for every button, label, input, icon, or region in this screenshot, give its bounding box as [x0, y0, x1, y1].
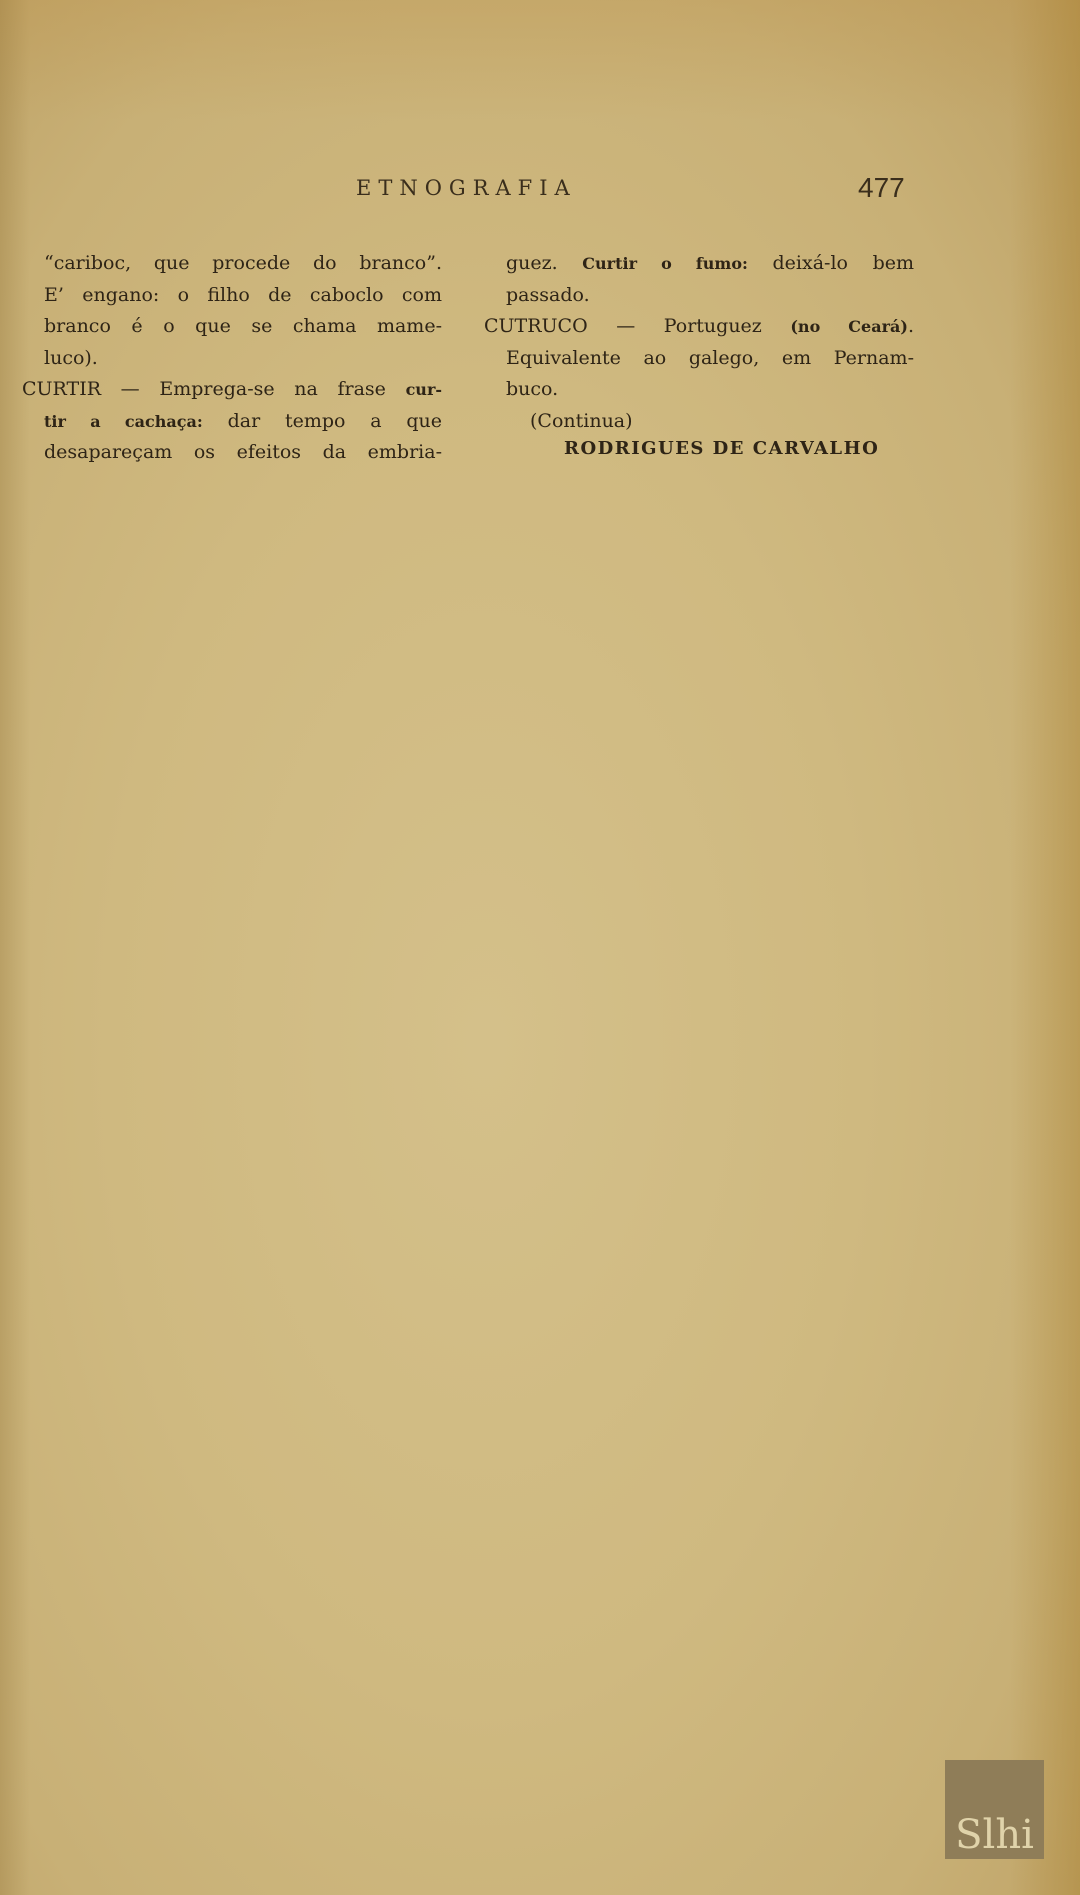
entry-curtir-line: CURTIR — Emprega-se na frase cur-: [22, 374, 442, 406]
entry-text: Emprega-se na frase: [159, 378, 386, 400]
entry-text: deixá-lo bem: [773, 252, 914, 274]
right-column: guez. Curtir o fumo: deixá-lo bem passad…: [484, 248, 914, 437]
text-line: desapareçam os efeitos da embria-: [22, 437, 442, 469]
paper-edge-right: [1010, 0, 1080, 1895]
entry-headword: CUTRUCO: [484, 315, 588, 337]
entry-term-bold: (no Ceará): [790, 317, 908, 336]
entry-text: dar tempo a que: [228, 410, 442, 432]
text-line: E’ engano: o filho de caboclo com: [22, 280, 442, 312]
text-line: “cariboc, que procede do branco”.: [22, 248, 442, 280]
text-fragment: guez.: [506, 252, 558, 274]
text-line: passado.: [484, 280, 914, 312]
paper-edge-top: [0, 0, 1080, 120]
page-number: 477: [858, 172, 905, 204]
running-title: ETNOGRAFIA: [356, 176, 577, 200]
continua-note: (Continua): [484, 406, 914, 438]
period: .: [908, 315, 914, 337]
text-line: guez. Curtir o fumo: deixá-lo bem: [484, 248, 914, 280]
text-line: branco é o que se chama mame-: [22, 311, 442, 343]
entry-term-bold: cur-: [406, 380, 442, 399]
text-line: luco).: [22, 343, 442, 375]
left-column: “cariboc, que procede do branco”. E’ eng…: [22, 248, 442, 469]
logo-text: Slhi: [955, 1815, 1034, 1859]
entry-cutruco-line: CUTRUCO — Portuguez (no Ceará).: [484, 311, 914, 343]
entry-term-bold: Curtir o fumo:: [582, 254, 748, 273]
em-dash: —: [121, 378, 140, 400]
institution-logo-icon: Slhi: [945, 1760, 1044, 1859]
entry-term-bold: tir a cachaça:: [44, 412, 203, 431]
entry-text: Portuguez: [664, 315, 762, 337]
entry-headword: CURTIR: [22, 378, 101, 400]
text-line: buco.: [484, 374, 914, 406]
entry-curtir-line: tir a cachaça: dar tempo a que: [22, 406, 442, 438]
author-signature: RODRIGUES DE CARVALHO: [564, 438, 879, 459]
text-line: Equivalente ao galego, em Pernam-: [484, 343, 914, 375]
em-dash: —: [616, 315, 635, 337]
